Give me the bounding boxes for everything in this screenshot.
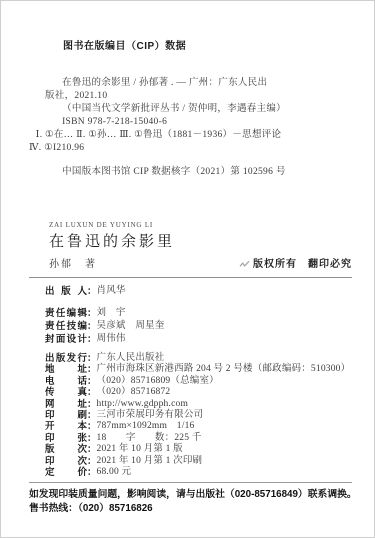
row-label: 封面设计 [45, 333, 87, 346]
row-label: 出版人 [45, 285, 87, 298]
row-value: 18 字 数：225 千 [97, 433, 202, 444]
staff-row: 责任技编：吴彦斌 周星奎 [45, 320, 352, 333]
row-value: 三河市荣展印务有限公司 [97, 410, 204, 421]
row-label: 印刷 [45, 410, 87, 421]
publishing-row: 定价：68.00 元 [45, 467, 352, 478]
publishing-row: 电话：（020）85716809（总编室） [45, 376, 352, 387]
cip-isbn-line: ISBN 978-7-218-15040-6 [45, 116, 352, 129]
row-colon: ： [87, 333, 97, 346]
cip-class-line: Ⅰ. ①在… Ⅱ. ①孙… Ⅲ. ①鲁迅（1881－1936）－思想评论 [29, 129, 352, 142]
cip-class-line: Ⅳ. ①I210.96 [29, 142, 352, 155]
cip-header: 图书在版编目（CIP）数据 [45, 41, 352, 53]
row-colon: ： [87, 387, 97, 398]
staff-row: 责任编辑：刘 宇 [45, 307, 352, 320]
row-label: 印次 [45, 456, 87, 467]
row-colon: ： [87, 364, 97, 375]
row-value: 周伟伟 [97, 333, 126, 346]
row-colon: ： [87, 320, 97, 333]
row-colon: ： [87, 433, 97, 444]
copyright-page: 图书在版编目（CIP）数据 在鲁迅的余影里 / 孙郁著 . — 广州：广东人民出… [0, 0, 375, 538]
row-colon: ： [87, 285, 97, 298]
divider-top [29, 277, 352, 278]
book-title: 在鲁迅的余影里 [49, 233, 352, 252]
publishing-row: 印张：18 字 数：225 千 [45, 433, 352, 444]
publishing-block: 出版发行：广东人民出版社 地址：广州市海珠区新港西路 204 号 2 号楼（邮政… [45, 353, 352, 478]
cip-block: 图书在版编目（CIP）数据 在鲁迅的余影里 / 孙郁著 . — 广州：广东人民出… [45, 41, 352, 179]
row-colon: ： [87, 307, 97, 320]
row-value: 2021 年 10 月第 1 次印刷 [97, 456, 203, 467]
staff-block: 责任编辑：刘 宇 责任技编：吴彦斌 周星奎 封面设计：周伟伟 [45, 307, 352, 346]
author-name: 孙郁 著 [49, 258, 97, 271]
cip-body: 在鲁迅的余影里 / 孙郁著 . — 广州：广东人民出 版社，2021.10 （中… [45, 77, 352, 179]
row-label: 定价 [45, 467, 87, 478]
row-colon: ： [87, 353, 97, 364]
publishing-row: 开本：787mm×1092mm 1/16 [45, 421, 352, 432]
row-value: 2021 年 10 月第 1 版 [97, 444, 183, 455]
row-value: 广州市海珠区新港西路 204 号 2 号楼（邮政编码：510300） [97, 364, 351, 375]
row-value: 787mm×1092mm 1/16 [97, 421, 195, 432]
row-colon: ： [87, 421, 97, 432]
author-row: 孙郁 著 版权所有 翻印必究 [49, 258, 352, 271]
publishing-row: 出版发行：广东人民出版社 [45, 353, 352, 364]
copyright-notice: 版权所有 翻印必究 [239, 258, 352, 271]
staff-row: 封面设计：周伟伟 [45, 333, 352, 346]
row-value: 吴彦斌 周星奎 [97, 320, 165, 333]
row-label: 电话 [45, 376, 87, 387]
publisher-person-row: 出版人：肖风华 [45, 285, 352, 298]
row-label: 地址 [45, 364, 87, 375]
row-value: 肖风华 [97, 285, 126, 298]
row-colon: ： [87, 456, 97, 467]
row-label: 版次 [45, 444, 87, 455]
publishing-row: 地址：广州市海珠区新港西路 204 号 2 号楼（邮政编码：510300） [45, 364, 352, 375]
website-url: http://www.gdpph.com [97, 399, 189, 410]
publishing-row: 网址：http://www.gdpph.com [45, 399, 352, 410]
publishing-row: 印刷：三河市荣展印务有限公司 [45, 410, 352, 421]
cip-description-line: 版社，2021.10 [45, 90, 352, 103]
title-block: ZAI LUXUN DE YUYING LI 在鲁迅的余影里 孙郁 著 版权所有… [49, 221, 352, 271]
row-colon: ： [87, 410, 97, 421]
cip-record-number: 中国版本图书馆 CIP 数据核字（2021）第 102596 号 [45, 166, 352, 179]
row-label: 出版发行 [45, 353, 87, 364]
row-label: 传真 [45, 387, 87, 398]
cip-description-line: 在鲁迅的余影里 / 孙郁著 . — 广州：广东人民出 [45, 77, 352, 90]
sales-hotline-line: 售书热线：（020）85716826 [29, 502, 352, 516]
row-value: 68.00 元 [97, 467, 132, 478]
row-value: （020）85716872 [97, 387, 171, 398]
publishing-row: 版次：2021 年 10 月第 1 版 [45, 444, 352, 455]
row-label: 开本 [45, 421, 87, 432]
row-value: 刘 宇 [97, 307, 126, 320]
row-label: 责任技编 [45, 320, 87, 333]
publishing-row: 传真：（020）85716872 [45, 387, 352, 398]
row-value: （020）85716809（总编室） [97, 376, 219, 387]
quality-note-line: 如发现印装质量问题，影响阅读，请与出版社（020-85716849）联系调换。 [29, 488, 352, 502]
cip-classification: Ⅰ. ①在… Ⅱ. ①孙… Ⅲ. ①鲁迅（1881－1936）－思想评论 Ⅳ. … [29, 129, 352, 155]
row-value: 广东人民出版社 [97, 353, 165, 364]
row-colon: ： [87, 399, 97, 410]
row-colon: ： [87, 376, 97, 387]
row-label: 印张 [45, 433, 87, 444]
book-title-pinyin: ZAI LUXUN DE YUYING LI [49, 221, 352, 230]
row-colon: ： [87, 467, 97, 478]
row-colon: ： [87, 444, 97, 455]
footer-note: 如发现印装质量问题，影响阅读，请与出版社（020-85716849）联系调换。 … [29, 488, 352, 515]
divider-bottom [29, 482, 352, 483]
copyright-notice-text: 版权所有 翻印必究 [253, 258, 352, 271]
publishing-row: 印次：2021 年 10 月第 1 次印刷 [45, 456, 352, 467]
row-label: 网址 [45, 399, 87, 410]
row-label: 责任编辑 [45, 307, 87, 320]
copyright-seal-icon [239, 260, 250, 269]
cip-series-line: （中国当代文学新批评丛书 / 贺仲明，李遇春主编） [45, 103, 352, 116]
